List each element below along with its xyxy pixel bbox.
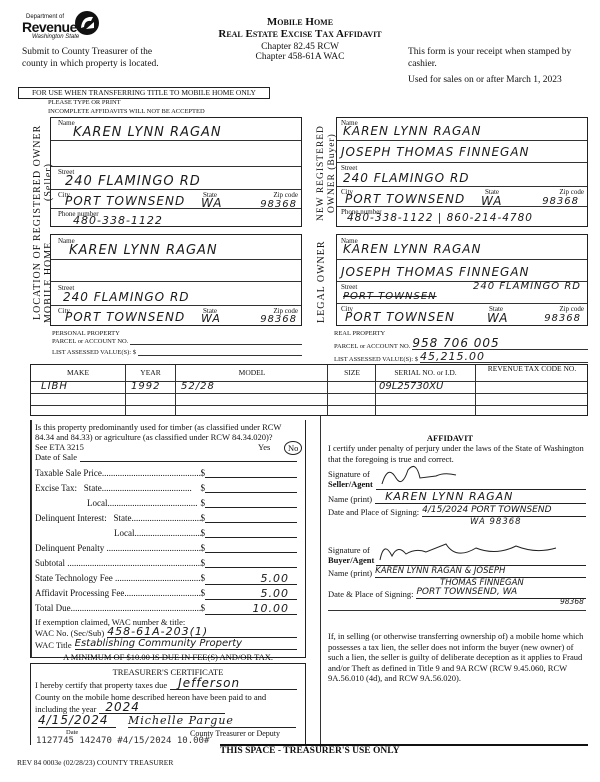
chapter-wac: Chapter 458-61A WAC [180,52,420,62]
subtotal-field[interactable] [205,558,297,568]
col-revenue-code-header: REVENUE TAX CODE NO. [476,365,588,373]
delinquent-interest-state-field[interactable] [205,513,297,523]
title-transfer-banner: FOR USE WHEN TRANSFERRING TITLE TO MOBIL… [18,87,270,99]
fee-excise-local: Local...................................… [35,498,297,508]
buyer-signature-label: Signature of Buyer/Agent [328,545,374,565]
tax-lien-warning: If, in selling (or otherwise transferrin… [328,631,590,684]
col-make-header: MAKE [31,368,125,377]
buyer-phone-field[interactable]: 480-338-1122 | 860-214-4780 [347,212,533,224]
wac-title-row: WAC Title Establishing Community Propert… [35,638,297,650]
registered-owner-block: Name KAREN LYNN RAGAN Street 240 FLAMING… [50,117,302,227]
seller-date-place-label: Date and Place of Signing: [328,507,419,517]
legal-zip-field[interactable]: 98368 [544,313,581,324]
col-serial-header: SERIAL NO. or I.D. [376,368,475,377]
treasurer-line1: I hereby certify that property taxes due [35,680,167,690]
personal-assessed-field[interactable] [138,348,302,356]
minimum-due-note: A MINIMUM OF $10.00 IS DUE IN FEE(S) AND… [30,652,306,662]
excise-local-field[interactable] [205,498,297,508]
seller-date-place-field[interactable]: 4/15/2024 PORT TOWNSEND [422,505,586,517]
real-assessed-label: LIST ASSESSED VALUE(S): $ [334,356,418,363]
seller-signature-label: Signature of Seller/Agent [328,469,373,489]
cashier-stamp: 1127745 142470 #4/15/2024 10.00# [36,736,209,746]
location-name-field[interactable]: KAREN LYNN RAGAN [69,243,218,258]
treasurer-year-field[interactable]: 2024 [99,701,225,714]
treasurer-signature[interactable]: Michelle Pargue [128,714,296,728]
title-line-1: Mobile Home [180,16,420,28]
legal-city-field[interactable]: PORT TOWNSEN [345,310,455,324]
real-property-section: REAL PROPERTY PARCEL or ACCOUNT NO. 958 … [334,330,588,363]
seller-name-print-row: Name (print) KAREN LYNN RAGAN [328,491,586,504]
excise-state-field[interactable] [205,483,297,493]
cell-model[interactable]: 52/28 [181,381,215,392]
personal-assessed-label: LIST ASSESSED VALUE(S): $ [52,349,136,356]
buyer-date-place-row: Date & Place of Signing: PORT TOWNSEND, … [328,587,586,599]
seller-city-field[interactable]: PORT TOWNSEND [65,194,185,208]
affidavit-statement: I certify under penalty of perjury under… [328,443,588,464]
buyer-street-field[interactable]: 240 FLAMINGO RD [343,171,470,185]
buyer-city-field[interactable]: PORT TOWNSEND [345,192,465,206]
real-parcel-field[interactable]: 958 706 005 [412,337,588,350]
personal-property-label: PERSONAL PROPERTY [52,330,302,337]
col-year-header: YEAR [126,368,175,377]
seller-street-field[interactable]: 240 FLAMINGO RD [65,174,201,189]
fee-affidavit-processing: Affidavit Processing Fee................… [35,588,297,600]
timber-yes-option[interactable]: Yes [258,442,270,452]
seller-name-print-label: Name (print) [328,494,372,504]
seller-name-print-field[interactable]: KAREN LYNN RAGAN [375,491,586,504]
date-of-sale-field[interactable] [80,452,297,462]
seller-name-field[interactable]: KAREN LYNN RAGAN [73,125,222,140]
fee-taxable-sale-price: Taxable Sale Price......................… [35,468,297,478]
treasurer-certificate-title: TREASURER'S CERTIFICATE [30,667,306,677]
location-city-field[interactable]: PORT TOWNSEND [65,310,185,324]
buyer-name2-field[interactable]: JOSEPH THOMAS FINNEGAN [341,145,530,159]
instruction-type-print: PLEASE TYPE OR PRINT [48,99,121,106]
state-technology-fee-field[interactable]: 5.00 [205,573,297,585]
instruction-incomplete: INCOMPLETE AFFIDAVITS WILL NOT BE ACCEPT… [48,108,205,115]
submit-note: Submit to County Treasurer of the county… [22,46,172,70]
wac-no-row: WAC No. (Sec/Sub) 458-61A-203(1) [35,626,297,638]
col-model-header: MODEL [176,368,328,377]
delinquent-interest-local-field[interactable] [205,528,297,538]
legal-street-struck: PORT TOWNSEN [343,291,437,302]
fee-delinquent-penalty: Delinquent Penalty .....................… [35,543,297,553]
logo-state-text: Washington State [32,34,79,40]
treasurer-date-field[interactable]: 4/15/2024 [38,714,116,728]
buyer-date-place-line2: 98368 [560,597,584,606]
legal-zip-label: Zip code [559,306,584,313]
revenue-swirl-icon [74,10,100,36]
chapter-rcw: Chapter 82.45 RCW [180,42,420,52]
timber-question: Is this property predominantly used for … [35,422,297,442]
personal-parcel-field[interactable] [130,337,302,345]
used-for-note: Used for sales on or after March 1, 2023 [408,75,562,85]
fee-delinquent-interest-local: Local...................................… [35,528,297,538]
buyer-signature-scribble [376,540,576,564]
legal-owner-section-label: LEGAL OWNER [316,236,336,328]
wac-no-field[interactable]: 458-61A-203(1) [107,626,297,638]
buyer-signature-field[interactable] [376,554,586,566]
fee-excise-state: Excise Tax: State.......................… [35,483,297,493]
taxable-sale-price-field[interactable] [205,468,297,478]
personal-property-section: PERSONAL PROPERTY PARCEL or ACCOUNT NO. … [52,330,302,356]
fee-delinquent-interest-state: Delinquent Interest: State..............… [35,513,297,523]
logo-name-text: Revenue [22,19,77,35]
seller-date-place-row: Date and Place of Signing: 4/15/2024 POR… [328,505,586,517]
seller-phone-field[interactable]: 480-338-1122 [73,214,163,227]
fee-subtotal: Subtotal ...............................… [35,558,297,568]
real-assessed-field[interactable]: 45,215.00 [420,351,588,363]
form-title: Mobile Home Real Estate Excise Tax Affid… [180,16,420,62]
wac-title-label: WAC Title [35,640,72,650]
legal-owner-block: Name KAREN LYNN RAGAN JOSEPH THOMAS FINN… [336,234,588,326]
fee-total-due: Total Due...............................… [35,603,297,615]
col-size-header: SIZE [328,368,376,377]
legal-street-label: Street [341,284,357,291]
location-zip-field[interactable]: 98368 [260,314,297,325]
new-owner-block: Name KAREN LYNN RAGAN JOSEPH THOMAS FINN… [336,117,588,227]
delinquent-penalty-field[interactable] [205,543,297,553]
buyer-name-field[interactable]: KAREN LYNN RAGAN [343,124,481,138]
legal-street-field[interactable]: 240 FLAMINGO RD [469,281,585,292]
real-parcel-label: PARCEL or ACCOUNT NO. [334,343,410,350]
affidavit-processing-fee-field[interactable]: 5.00 [205,588,297,600]
date-of-sale-row: Date of Sale [35,452,297,462]
wac-title-field[interactable]: Establishing Community Property [75,638,297,650]
fee-state-technology: State Technology Fee ...................… [35,573,297,585]
seller-date-place-line2: WA 98368 [470,517,522,527]
location-street-field[interactable]: 240 FLAMINGO RD [63,290,190,304]
cell-year[interactable]: 1992 [131,381,160,392]
treasurer-county-field[interactable]: Jefferson [170,677,297,690]
form-revision-footer: REV 84 0003e (02/28/23) COUNTY TREASURER [17,758,173,767]
title-line-2: Real Estate Excise Tax Affidavit [180,28,420,40]
location-state-field[interactable]: WA [201,312,221,325]
seller-zip-label: Zip code [273,192,298,199]
location-block: Name KAREN LYNN RAGAN Street 240 FLAMING… [50,234,302,326]
legal-name-field[interactable]: KAREN LYNN RAGAN [343,242,481,256]
seller-signature-field[interactable] [376,478,586,490]
total-due-field[interactable]: 10.00 [205,603,297,615]
treasurer-use-only: THIS SPACE - TREASURER'S USE ONLY [220,746,400,756]
buyer-zip-label: Zip code [559,189,584,196]
buyer-name-print-label: Name (print) [328,568,372,578]
treasurer-county-row: I hereby certify that property taxes due… [35,677,297,690]
legal-state-field[interactable]: WA [487,311,508,325]
cell-serial[interactable]: 09L25730XU [379,381,443,392]
dor-logo: Department of Revenue Washington State [22,12,102,42]
buyer-name-print-field[interactable]: KAREN LYNN RAGAN & JOSEPH [375,566,586,578]
buyer-name-print-row: Name (print) KAREN LYNN RAGAN & JOSEPH [328,566,586,578]
affidavit-title: AFFIDAVIT [330,433,570,443]
treasurer-date-label: Date [66,729,78,736]
buyer-date-place-label: Date & Place of Signing: [328,589,413,599]
mobile-home-table: MAKE YEAR MODEL SIZE SERIAL NO. or I.D. … [30,364,588,416]
cell-make[interactable]: LIBH [41,381,68,392]
seller-signature-scribble [376,464,476,488]
legal-name2-field[interactable]: JOSEPH THOMAS FINNEGAN [341,265,530,279]
receipt-note: This form is your receipt when stamped b… [408,46,588,70]
see-eta-text: See ETA 3215 [35,442,84,452]
wac-no-label: WAC No. (Sec/Sub) [35,628,104,638]
personal-parcel-label: PARCEL or ACCOUNT NO. [52,338,128,345]
date-of-sale-label: Date of Sale [35,452,77,462]
